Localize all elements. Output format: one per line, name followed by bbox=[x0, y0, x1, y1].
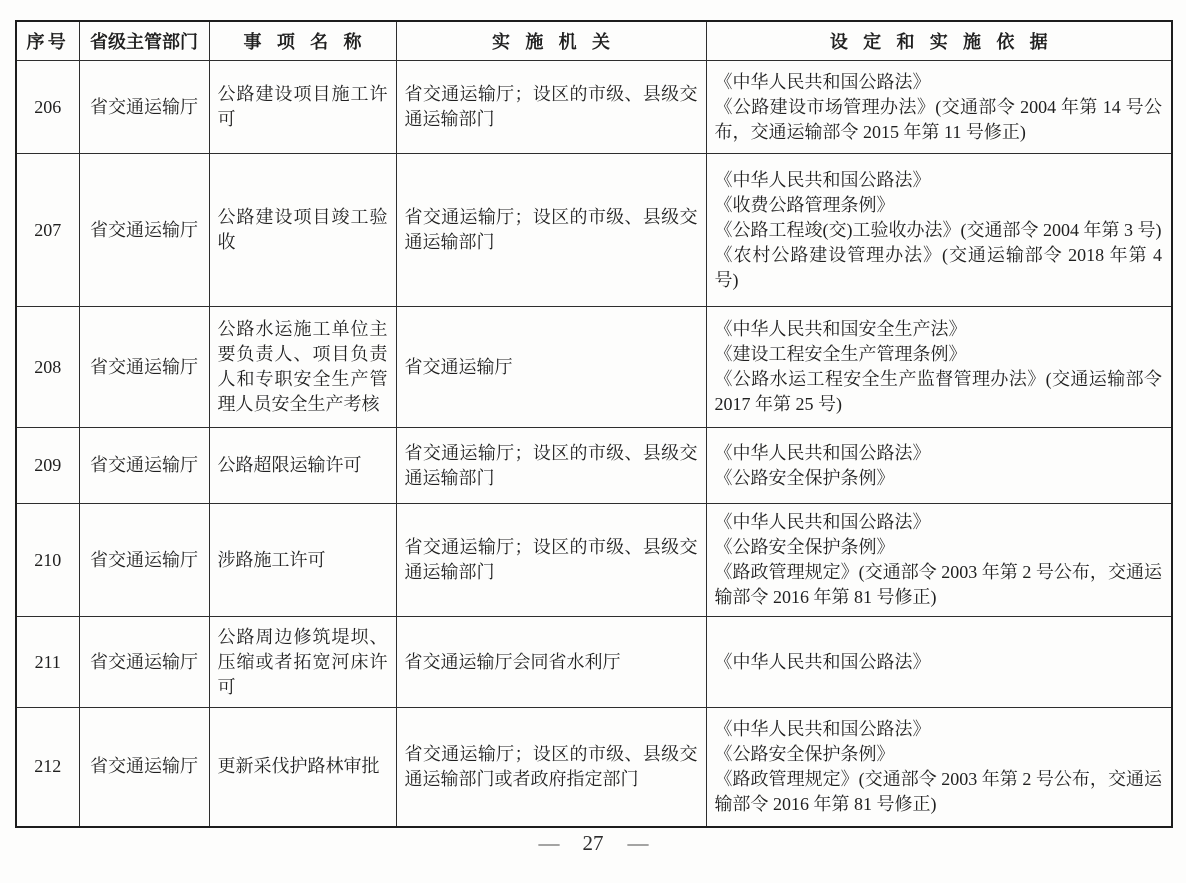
cell-basis: 《中华人民共和国公路法》 《公路安全保护条例》 《路政管理规定》(交通部令 20… bbox=[706, 708, 1172, 827]
table-row: 210 省交通运输厅 涉路施工许可 省交通运输厅；设区的市级、县级交通运输部门 … bbox=[16, 504, 1172, 617]
header-item: 事项名称 bbox=[209, 21, 396, 61]
basis-entry: 《路政管理规定》(交通部令 2003 年第 2 号公布，交通运输部令 2016 … bbox=[715, 767, 1163, 817]
cell-agency: 省交通运输厅会同省水利厅 bbox=[396, 617, 706, 708]
table-row: 209 省交通运输厅 公路超限运输许可 省交通运输厅；设区的市级、县级交通运输部… bbox=[16, 428, 1172, 504]
document-page: 序号 省级主管部门 事项名称 实施机关 设定和实施依据 206 省交通运输厅 公… bbox=[0, 0, 1186, 883]
cell-no: 206 bbox=[16, 61, 79, 154]
basis-entry: 《公路水运工程安全生产监督管理办法》(交通运输部令 2017 年第 25 号) bbox=[715, 367, 1163, 417]
cell-agency: 省交通运输厅；设区的市级、县级交通运输部门 bbox=[396, 154, 706, 307]
cell-item: 公路建设项目竣工验收 bbox=[209, 154, 396, 307]
basis-entry: 《中华人民共和国公路法》 bbox=[715, 168, 1163, 193]
table-row: 206 省交通运输厅 公路建设项目施工许可 省交通运输厅；设区的市级、县级交通运… bbox=[16, 61, 1172, 154]
cell-basis: 《中华人民共和国公路法》 《收费公路管理条例》 《公路工程竣(交)工验收办法》(… bbox=[706, 154, 1172, 307]
cell-department: 省交通运输厅 bbox=[79, 307, 209, 428]
basis-entry: 《建设工程安全生产管理条例》 bbox=[715, 342, 1163, 367]
cell-item: 公路建设项目施工许可 bbox=[209, 61, 396, 154]
cell-department: 省交通运输厅 bbox=[79, 617, 209, 708]
cell-no: 209 bbox=[16, 428, 79, 504]
table-row: 211 省交通运输厅 公路周边修筑堤坝、压缩或者拓宽河床许可 省交通运输厅会同省… bbox=[16, 617, 1172, 708]
basis-entry: 《中华人民共和国安全生产法》 bbox=[715, 317, 1163, 342]
cell-item: 公路周边修筑堤坝、压缩或者拓宽河床许可 bbox=[209, 617, 396, 708]
footer-left-dash: — bbox=[539, 831, 559, 856]
page-number: 27 bbox=[583, 831, 604, 856]
cell-agency: 省交通运输厅 bbox=[396, 307, 706, 428]
header-department: 省级主管部门 bbox=[79, 21, 209, 61]
cell-item: 涉路施工许可 bbox=[209, 504, 396, 617]
cell-department: 省交通运输厅 bbox=[79, 154, 209, 307]
cell-no: 208 bbox=[16, 307, 79, 428]
table-row: 207 省交通运输厅 公路建设项目竣工验收 省交通运输厅；设区的市级、县级交通运… bbox=[16, 154, 1172, 307]
basis-entry: 《公路安全保护条例》 bbox=[715, 742, 1163, 767]
basis-entry: 《中华人民共和国公路法》 bbox=[715, 510, 1163, 535]
cell-basis: 《中华人民共和国公路法》 bbox=[706, 617, 1172, 708]
table-header-row: 序号 省级主管部门 事项名称 实施机关 设定和实施依据 bbox=[16, 21, 1172, 61]
header-agency: 实施机关 bbox=[396, 21, 706, 61]
page-footer: — 27 — bbox=[0, 831, 1186, 856]
cell-item: 更新采伐护路林审批 bbox=[209, 708, 396, 827]
cell-no: 210 bbox=[16, 504, 79, 617]
basis-entry: 《中华人民共和国公路法》 bbox=[715, 650, 1163, 675]
cell-item: 公路超限运输许可 bbox=[209, 428, 396, 504]
header-basis: 设定和实施依据 bbox=[706, 21, 1172, 61]
footer-right-dash: — bbox=[628, 831, 648, 856]
basis-entry: 《公路工程竣(交)工验收办法》(交通部令 2004 年第 3 号) bbox=[715, 218, 1163, 243]
cell-agency: 省交通运输厅；设区的市级、县级交通运输部门或者政府指定部门 bbox=[396, 708, 706, 827]
basis-entry: 《公路安全保护条例》 bbox=[715, 466, 1163, 491]
basis-entry: 《公路安全保护条例》 bbox=[715, 535, 1163, 560]
cell-basis: 《中华人民共和国公路法》 《公路安全保护条例》 bbox=[706, 428, 1172, 504]
basis-entry: 《中华人民共和国公路法》 bbox=[715, 717, 1163, 742]
basis-entry: 《中华人民共和国公路法》 bbox=[715, 70, 1163, 95]
cell-agency: 省交通运输厅；设区的市级、县级交通运输部门 bbox=[396, 504, 706, 617]
cell-item: 公路水运施工单位主要负责人、项目负责人和专职安全生产管理人员安全生产考核 bbox=[209, 307, 396, 428]
cell-no: 211 bbox=[16, 617, 79, 708]
basis-entry: 《路政管理规定》(交通部令 2003 年第 2 号公布，交通运输部令 2016 … bbox=[715, 560, 1163, 610]
basis-entry: 《农村公路建设管理办法》(交通运输部令 2018 年第 4 号) bbox=[715, 243, 1163, 293]
basis-entry: 《中华人民共和国公路法》 bbox=[715, 441, 1163, 466]
header-no: 序号 bbox=[16, 21, 79, 61]
cell-agency: 省交通运输厅；设区的市级、县级交通运输部门 bbox=[396, 428, 706, 504]
table-row: 212 省交通运输厅 更新采伐护路林审批 省交通运输厅；设区的市级、县级交通运输… bbox=[16, 708, 1172, 827]
cell-department: 省交通运输厅 bbox=[79, 504, 209, 617]
table-row: 208 省交通运输厅 公路水运施工单位主要负责人、项目负责人和专职安全生产管理人… bbox=[16, 307, 1172, 428]
cell-basis: 《中华人民共和国公路法》 《公路安全保护条例》 《路政管理规定》(交通部令 20… bbox=[706, 504, 1172, 617]
cell-department: 省交通运输厅 bbox=[79, 61, 209, 154]
cell-agency: 省交通运输厅；设区的市级、县级交通运输部门 bbox=[396, 61, 706, 154]
cell-basis: 《中华人民共和国公路法》 《公路建设市场管理办法》(交通部令 2004 年第 1… bbox=[706, 61, 1172, 154]
cell-basis: 《中华人民共和国安全生产法》 《建设工程安全生产管理条例》 《公路水运工程安全生… bbox=[706, 307, 1172, 428]
cell-no: 212 bbox=[16, 708, 79, 827]
cell-department: 省交通运输厅 bbox=[79, 428, 209, 504]
licensing-items-table: 序号 省级主管部门 事项名称 实施机关 设定和实施依据 206 省交通运输厅 公… bbox=[15, 20, 1173, 828]
basis-entry: 《收费公路管理条例》 bbox=[715, 193, 1163, 218]
cell-no: 207 bbox=[16, 154, 79, 307]
basis-entry: 《公路建设市场管理办法》(交通部令 2004 年第 14 号公布，交通运输部令 … bbox=[715, 95, 1163, 145]
cell-department: 省交通运输厅 bbox=[79, 708, 209, 827]
